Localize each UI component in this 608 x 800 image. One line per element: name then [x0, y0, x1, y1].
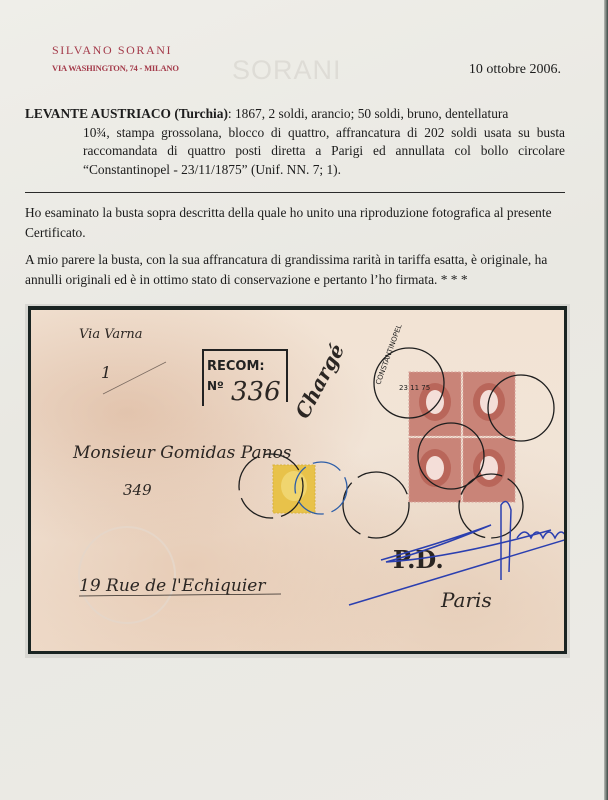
- postmark-date: 23 11 75: [399, 384, 430, 392]
- cover-drawing: Via Varna 1 RECOM: Nº 336 Chargé Monsieu…: [31, 310, 564, 651]
- embossed-seal-icon: [79, 527, 175, 623]
- divider: [25, 192, 565, 193]
- cover-photo: Via Varna 1 RECOM: Nº 336 Chargé Monsieu…: [28, 306, 567, 654]
- charge-mark: Chargé: [290, 340, 349, 422]
- page-edge: [604, 0, 608, 800]
- letterhead-name: SILVANO SORANI: [52, 43, 172, 58]
- item-description: LEVANTE AUSTRIACO (Turchia): 1867, 2 sol…: [25, 105, 565, 179]
- item-title: LEVANTE AUSTRIACO (Turchia): [25, 106, 228, 121]
- address-number: 349: [123, 481, 152, 499]
- postmark-text: CONSTANTINOPEL: [374, 323, 403, 385]
- route-note: Via Varna: [79, 327, 142, 342]
- addressee: Monsieur Gomidas Panos: [72, 443, 292, 463]
- note-number: 1: [101, 363, 111, 382]
- registration-number: 336: [231, 377, 281, 407]
- registration-no-label: Nº: [207, 379, 224, 393]
- watermark: SORANI: [232, 55, 342, 86]
- item-details-first-line: : 1867, 2 soldi, arancio; 50 soldi, brun…: [228, 106, 508, 121]
- street-address: 19 Rue de l'Echiquier: [79, 576, 266, 596]
- opinion-paragraph: A mio parere la busta, con la sua affran…: [25, 250, 565, 290]
- city: Paris: [440, 588, 492, 612]
- registration-label: RECOM:: [207, 359, 265, 374]
- certificate-date: 10 ottobre 2006.: [469, 62, 561, 78]
- examination-paragraph: Ho esaminato la busta sopra descritta de…: [25, 203, 565, 243]
- letterhead-address: VIA WASHINGTON, 74 - MILANO: [52, 63, 179, 73]
- stamp-2-soldi: [273, 465, 315, 513]
- item-details-continuation: 10¾, stampa grossolana, blocco di quattr…: [25, 124, 565, 180]
